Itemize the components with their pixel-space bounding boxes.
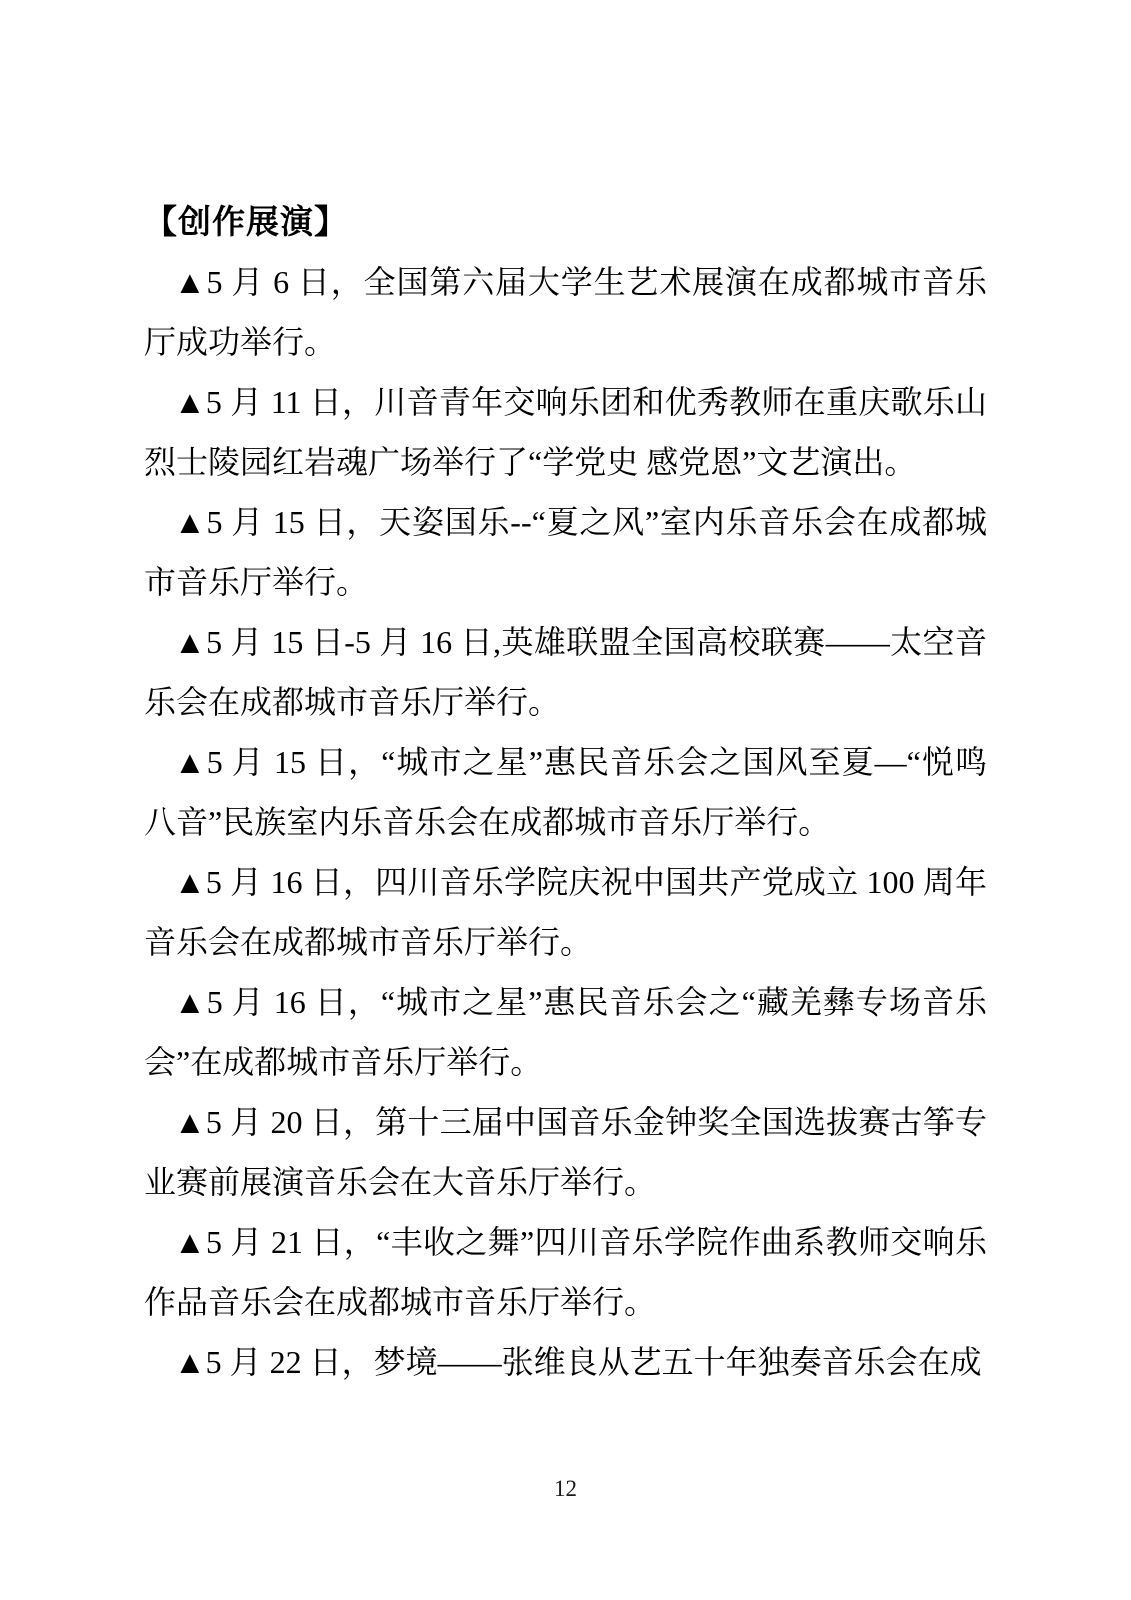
news-item: ▲5 月 16 日，“城市之星”惠民音乐会之“藏羌彝专场音乐会”在成都城市音乐厅…: [144, 972, 987, 1092]
page-number: 12: [554, 1476, 577, 1501]
document-body: 【创作展演】 ▲5 月 6 日，全国第六届大学生艺术展演在成都城市音乐厅成功举行…: [144, 192, 987, 1392]
news-item: ▲5 月 22 日，梦境——张维良从艺五十年独奏音乐会在成: [144, 1332, 987, 1392]
news-item: ▲5 月 21 日，“丰收之舞”四川音乐学院作曲系教师交响乐作品音乐会在成都城市…: [144, 1212, 987, 1332]
news-item: ▲5 月 16 日，四川音乐学院庆祝中国共产党成立 100 周年音乐会在成都城市…: [144, 852, 987, 972]
news-item: ▲5 月 15 日，“城市之星”惠民音乐会之国风至夏—“悦鸣八音”民族室内乐音乐…: [144, 732, 987, 852]
news-item: ▲5 月 15 日，天姿国乐--“夏之风”室内乐音乐会在成都城市音乐厅举行。: [144, 492, 987, 612]
document-page: 【创作展演】 ▲5 月 6 日，全国第六届大学生艺术展演在成都城市音乐厅成功举行…: [0, 0, 1131, 1600]
news-item: ▲5 月 6 日，全国第六届大学生艺术展演在成都城市音乐厅成功举行。: [144, 252, 987, 372]
news-item: ▲5 月 15 日-5 月 16 日,英雄联盟全国高校联赛——太空音乐会在成都城…: [144, 612, 987, 732]
page-footer: 12: [0, 1476, 1131, 1502]
section-heading: 【创作展演】: [144, 192, 987, 252]
news-item: ▲5 月 20 日，第十三届中国音乐金钟奖全国选拔赛古筝专业赛前展演音乐会在大音…: [144, 1092, 987, 1212]
news-item: ▲5 月 11 日，川音青年交响乐团和优秀教师在重庆歌乐山烈士陵园红岩魂广场举行…: [144, 372, 987, 492]
